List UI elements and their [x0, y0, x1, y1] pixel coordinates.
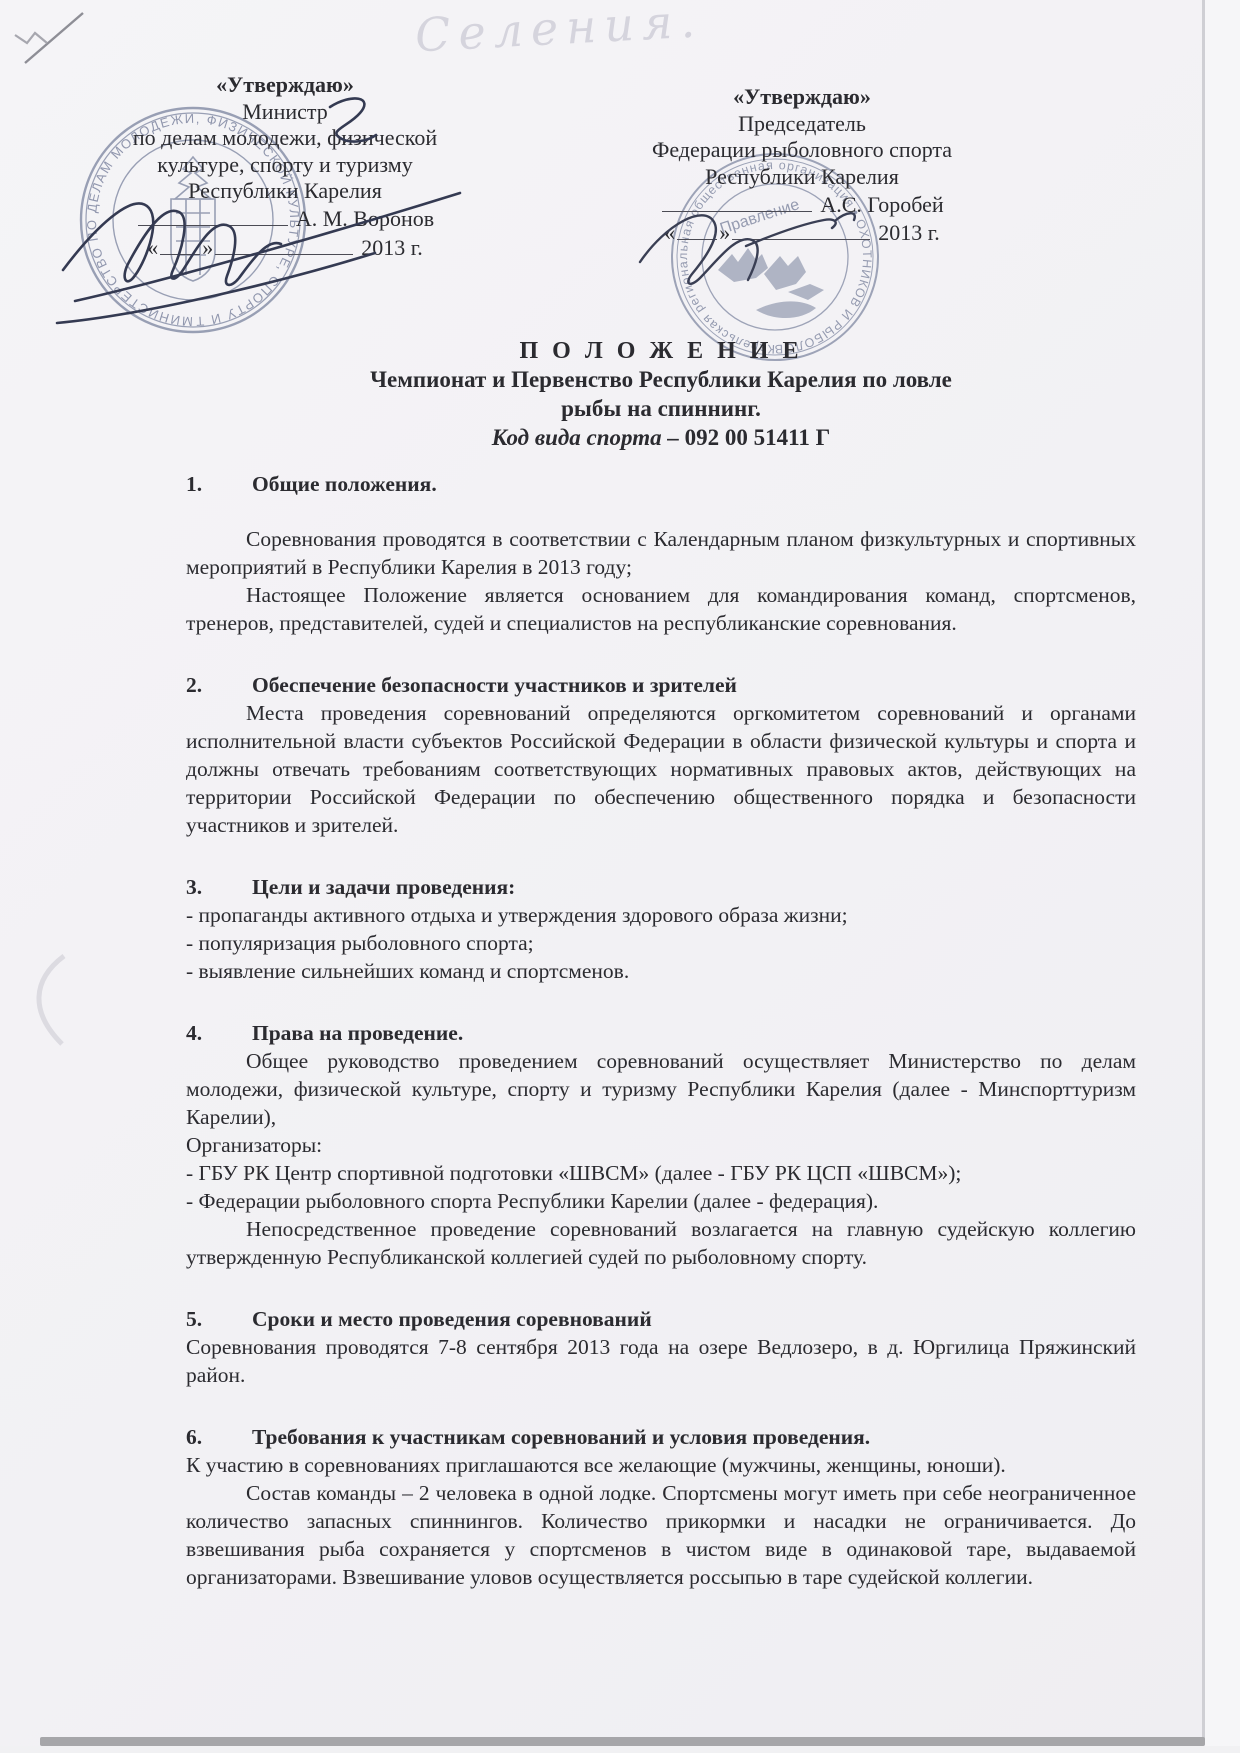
paragraph: Соревнования проводятся 7-8 сентября 201… — [186, 1333, 1136, 1389]
list-item: - пропаганды активного отдыха и утвержде… — [186, 901, 1136, 929]
chairman-signature — [618, 190, 958, 300]
document-subtitle: Чемпионат и Первенство Республики Карели… — [186, 365, 1136, 394]
section-number: 2. — [186, 671, 252, 699]
pencil-margin-arc — [18, 950, 78, 1050]
list-item: - выявление сильнейших команд и спортсме… — [186, 957, 1136, 985]
section-goals: 3.Цели и задачи проведения: - пропаганды… — [186, 873, 1136, 985]
pencil-handwritten-note: Селения. — [414, 0, 736, 62]
section-title: Общие положения. — [252, 472, 437, 496]
section-general-provisions: 1.Общие положения. Соревнования проводят… — [186, 470, 1136, 637]
section-participants: 6.Требования к участникам соревнований и… — [186, 1423, 1136, 1591]
paragraph: Соревнования проводятся в соответствии с… — [186, 525, 1136, 581]
section-heading: 3.Цели и задачи проведения: — [186, 873, 1136, 901]
sport-code-value: 092 00 51411 Г — [685, 425, 831, 450]
section-title: Цели и задачи проведения: — [252, 875, 515, 899]
approve-label: «Утверждаю» — [612, 84, 992, 111]
paragraph: Общее руководство проведением соревнован… — [186, 1047, 1136, 1131]
minister-signature — [45, 85, 475, 335]
paragraph: К участию в соревнованиях приглашаются в… — [186, 1451, 1136, 1479]
section-heading: 4.Права на проведение. — [186, 1019, 1136, 1047]
paragraph: Состав команды – 2 человека в одной лодк… — [186, 1479, 1136, 1591]
section-number: 3. — [186, 873, 252, 901]
section-heading: 5.Сроки и место проведения соревнований — [186, 1305, 1136, 1333]
sport-code-line: Код вида спорта – 092 00 51411 Г — [186, 425, 1136, 451]
paper-bottom-edge — [40, 1737, 1205, 1746]
scanned-document-page: Селения. «Утверждаю» Министр по делам мо… — [0, 0, 1240, 1753]
paragraph: Настоящее Положение является основанием … — [186, 581, 1136, 637]
section-rights: 4.Права на проведение. Общее руководство… — [186, 1019, 1136, 1271]
section-number: 6. — [186, 1423, 252, 1451]
scan-right-margin — [1205, 0, 1240, 1753]
paper-right-edge — [1202, 0, 1205, 1741]
section-number: 1. — [186, 470, 252, 498]
paragraph: Организаторы: — [186, 1131, 1136, 1159]
list-item: - популяризация рыболовного спорта; — [186, 929, 1136, 957]
section-heading: 2.Обеспечение безопасности участников и … — [186, 671, 1136, 699]
paragraph: Непосредственное проведение соревнований… — [186, 1215, 1136, 1271]
sport-code-label: Код вида спорта – — [492, 425, 679, 450]
section-title: Сроки и место проведения соревнований — [252, 1307, 652, 1331]
section-title: Обеспечение безопасности участников и зр… — [252, 673, 737, 697]
section-title: Требования к участникам соревнований и у… — [252, 1425, 870, 1449]
section-heading: 1.Общие положения. — [186, 470, 1136, 498]
document-body: 1.Общие положения. Соревнования проводят… — [186, 470, 1136, 1591]
section-dates-venue: 5.Сроки и место проведения соревнований … — [186, 1305, 1136, 1389]
section-heading: 6.Требования к участникам соревнований и… — [186, 1423, 1136, 1451]
list-item: - Федерации рыболовного спорта Республик… — [186, 1187, 1136, 1215]
approver-position: Председатель — [612, 111, 992, 138]
section-number: 5. — [186, 1305, 252, 1333]
document-type-title: П О Л О Ж Е Н И Е — [186, 338, 1136, 365]
paragraph: Места проведения соревнований определяют… — [186, 699, 1136, 839]
section-number: 4. — [186, 1019, 252, 1047]
list-item: - ГБУ РК Центр спортивной подготовки «ШВ… — [186, 1159, 1136, 1187]
approver-org-line: Федерации рыболовного спорта — [612, 137, 992, 164]
document-title-block: П О Л О Ж Е Н И Е Чемпионат и Первенство… — [186, 338, 1136, 451]
document-subtitle: рыбы на спиннинг. — [186, 394, 1136, 423]
section-safety: 2.Обеспечение безопасности участников и … — [186, 671, 1136, 839]
section-title: Права на проведение. — [252, 1021, 463, 1045]
scan-bottom-margin — [0, 1746, 1240, 1753]
pencil-corner-mark — [5, 5, 115, 75]
approver-org-line: Республики Карелия — [612, 164, 992, 191]
